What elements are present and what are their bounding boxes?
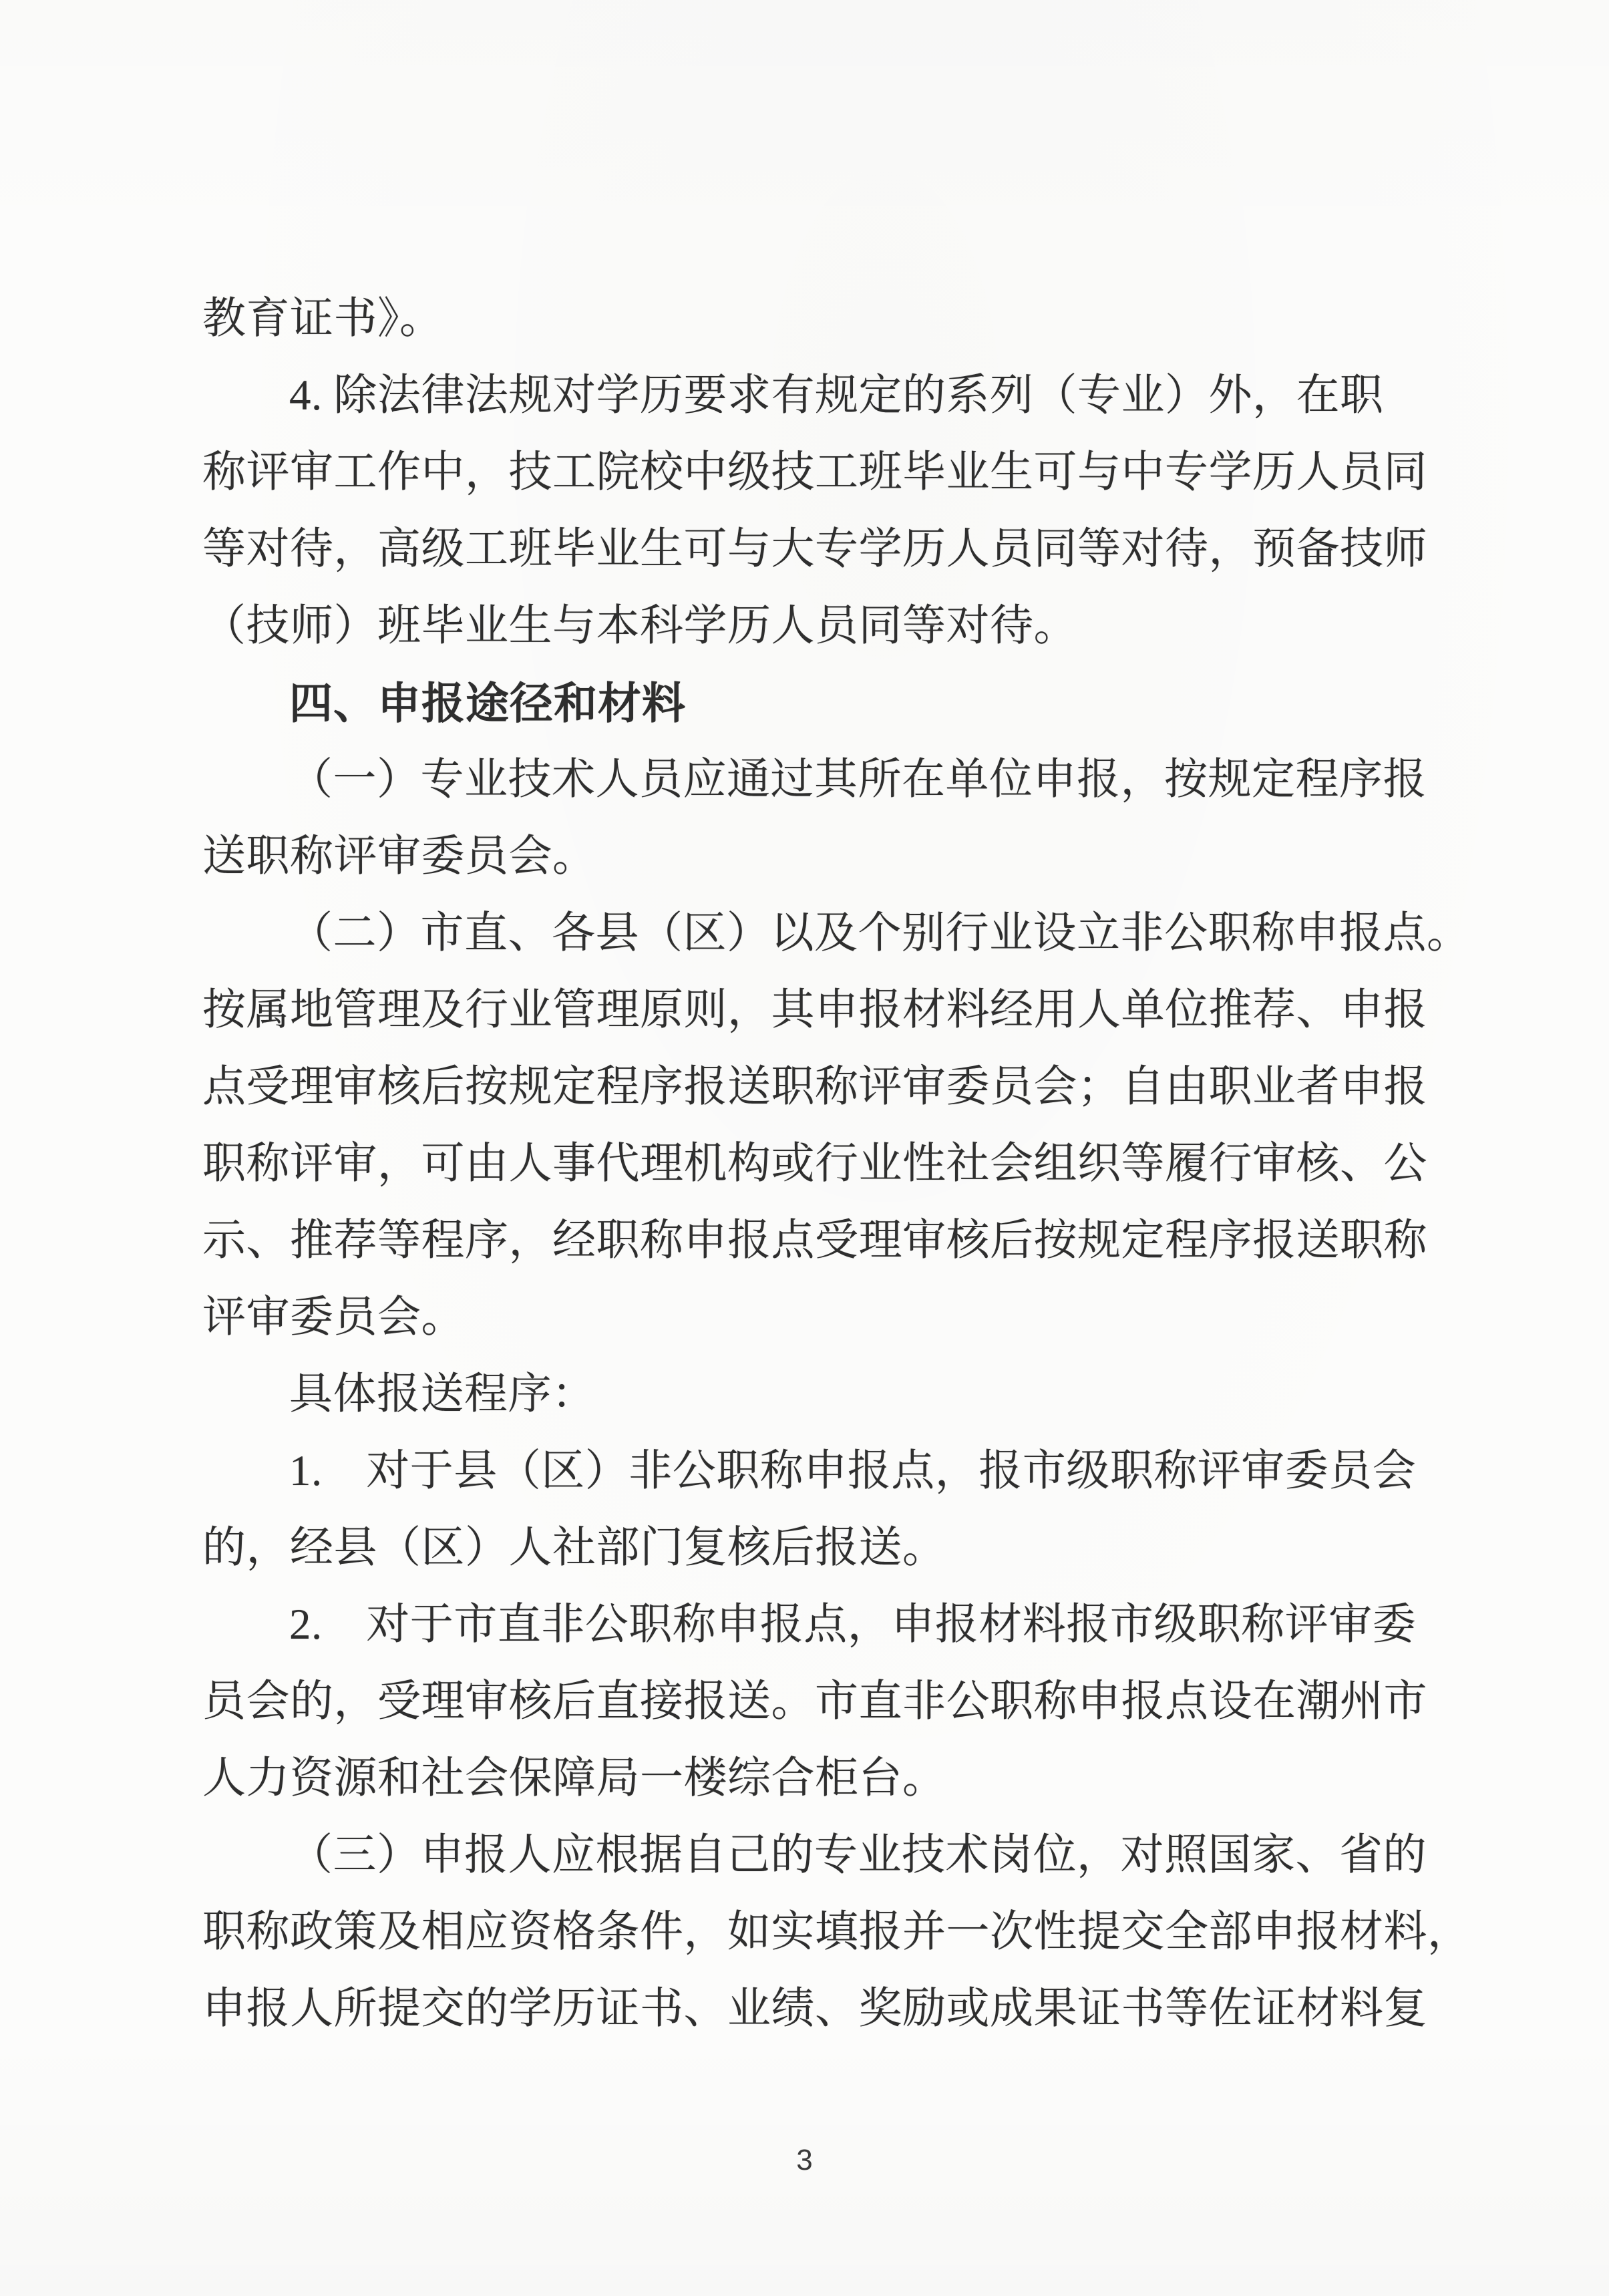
text-line: 职称政策及相应资格条件，如实填报并一次性提交全部申报材料， — [202, 1894, 1445, 1971]
text-line: （一）专业技术人员应通过其所在单位申报，按规定程序报 — [202, 742, 1445, 818]
text-line: 评审委员会。 — [202, 1279, 1445, 1356]
text-line: 称评审工作中，技工院校中级技工班毕业生可与中专学历人员同 — [202, 434, 1445, 511]
text-line: 点受理审核后按规定程序报送职称评审委员会；自由职业者申报 — [202, 1049, 1445, 1126]
text-line: 按属地管理及行业管理原则，其申报材料经用人单位推荐、申报 — [202, 972, 1445, 1049]
section-heading-line: 四、申报途径和材料 — [202, 665, 1445, 742]
text-line: 的，经县（区）人社部门复核后报送。 — [202, 1510, 1445, 1587]
text-line: 申报人所提交的学历证书、业绩、奖励或成果证书等佐证材料复 — [202, 1971, 1445, 2047]
scanned-document-page: 教育证书》。4. 除法律法规对学历要求有规定的系列（专业）外，在职称评审工作中，… — [0, 0, 1609, 2296]
text-line: 4. 除法律法规对学历要求有规定的系列（专业）外，在职 — [202, 357, 1445, 434]
text-line: （二）市直、各县（区）以及个别行业设立非公职称申报点。 — [202, 895, 1445, 972]
text-line: 人力资源和社会保障局一楼综合柜台。 — [202, 1740, 1445, 1817]
text-line: （技师）班毕业生与本科学历人员同等对待。 — [202, 588, 1445, 665]
text-line: 等对待，高级工班毕业生可与大专学历人员同等对待，预备技师 — [202, 511, 1445, 588]
text-line: 员会的，受理审核后直接报送。市直非公职称申报点设在潮州市 — [202, 1663, 1445, 1740]
text-line: 职称评审，可由人事代理机构或行业性社会组织等履行审核、公 — [202, 1126, 1445, 1202]
text-line: 送职称评审委员会。 — [202, 818, 1445, 895]
text-line: 教育证书》。 — [202, 281, 1445, 357]
page-number: 3 — [0, 2143, 1609, 2178]
document-body: 教育证书》。4. 除法律法规对学历要求有规定的系列（专业）外，在职称评审工作中，… — [202, 281, 1445, 2047]
text-line: 1. 对于县（区）非公职称申报点，报市级职称评审委员会 — [202, 1433, 1445, 1510]
text-line: （三）申报人应根据自己的专业技术岗位，对照国家、省的 — [202, 1817, 1445, 1894]
text-line: 具体报送程序： — [202, 1356, 1445, 1433]
text-line: 2. 对于市直非公职称申报点，申报材料报市级职称评审委 — [202, 1587, 1445, 1663]
text-line: 示、推荐等程序，经职称申报点受理审核后按规定程序报送职称 — [202, 1202, 1445, 1279]
